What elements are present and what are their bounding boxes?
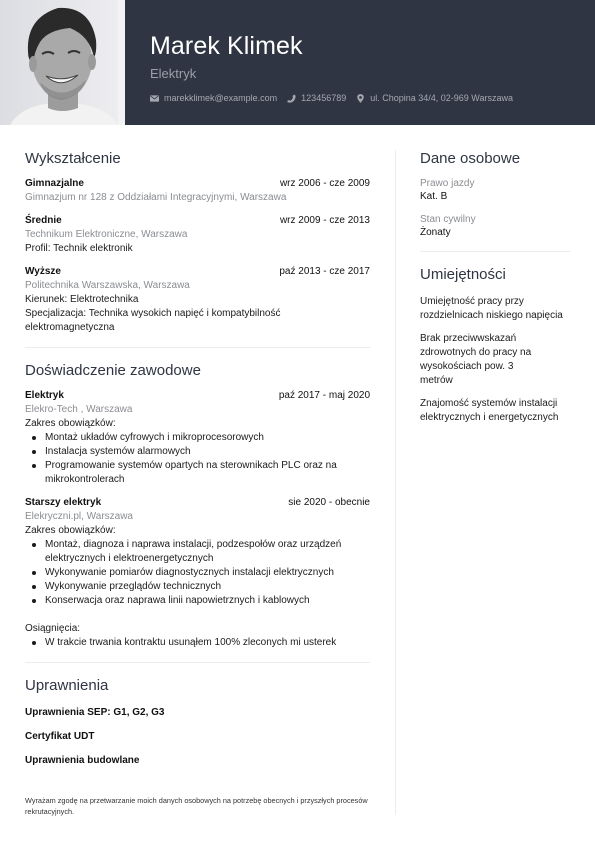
main-column: Wykształcenie Gimnazjalne wrz 2006 - cze… (25, 150, 370, 778)
entry-date: wrz 2009 - cze 2013 (280, 214, 370, 228)
contact-address: ul. Chopina 34/4, 02-969 Warszawa (356, 93, 513, 103)
skill-item: Brak przeciwwskazań zdrowotnych do pracy… (420, 332, 545, 388)
contact-phone-text: 123456789 (301, 93, 346, 103)
duties-list: Montaż, diagnoza i naprawa instalacji, p… (25, 538, 370, 608)
section-divider (25, 347, 370, 348)
education-section: Wykształcenie Gimnazjalne wrz 2006 - cze… (25, 150, 370, 335)
contact-email[interactable]: marekklimek@example.com (150, 93, 277, 103)
section-title-education: Wykształcenie (25, 150, 370, 168)
section-title-experience: Doświadczenie zawodowe (25, 362, 370, 380)
duty-item: Instalacja systemów alarmowych (45, 445, 370, 459)
entry-date: wrz 2006 - cze 2009 (280, 177, 370, 191)
experience-entry: Starszy elektryk sie 2020 - obecnie Elek… (25, 496, 370, 650)
duty-item: Wykonywanie pomiarów diagnostycznych ins… (45, 566, 370, 580)
duty-item: Wykonywanie przeglądów technicznych (45, 580, 370, 594)
candidate-job-title: Elektryk (150, 66, 196, 81)
profile-photo (0, 0, 125, 125)
entry-detail: Specjalizacja: Technika wysokich napięć … (25, 307, 287, 335)
entry-title: Gimnazjalne (25, 177, 84, 191)
entry-title: Średnie (25, 214, 62, 228)
contact-phone[interactable]: 123456789 (287, 93, 346, 103)
education-entry: Średnie wrz 2009 - cze 2013 Technikum El… (25, 214, 370, 256)
duties-label: Zakres obowiązków: (25, 524, 370, 538)
duty-item: Konserwacja oraz naprawa linii napowietr… (45, 594, 370, 608)
field-value: Żonaty (420, 226, 570, 239)
entry-school: Politechnika Warszawska, Warszawa (25, 279, 370, 293)
gdpr-consent: Wyrażam zgodę na przetwarzanie moich dan… (25, 795, 370, 817)
section-title-skills: Umiejętności (420, 266, 570, 284)
section-title-personal: Dane osobowe (420, 150, 570, 168)
education-entry: Gimnazjalne wrz 2006 - cze 2009 Gimnazju… (25, 177, 370, 205)
skills-section: Umiejętności Umiejętność pracy przy rozd… (420, 266, 570, 425)
personal-field-marital-status: Stan cywilny Żonaty (420, 213, 570, 239)
education-entry: Wyższe paź 2013 - cze 2017 Politechnika … (25, 265, 370, 335)
personal-section: Dane osobowe Prawo jazdy Kat. B Stan cyw… (420, 150, 570, 239)
section-divider (420, 251, 570, 252)
entry-school: Technikum Elektroniczne, Warszawa (25, 228, 370, 242)
field-label: Prawo jazdy (420, 177, 570, 190)
entry-date: paź 2017 - maj 2020 (279, 389, 370, 403)
contact-email-text: marekklimek@example.com (164, 93, 277, 103)
duty-item: Programowanie systemów opartych na stero… (45, 459, 345, 487)
phone-icon (287, 94, 296, 103)
map-pin-icon (356, 94, 365, 103)
side-column: Dane osobowe Prawo jazdy Kat. B Stan cyw… (420, 150, 570, 434)
field-value: Kat. B (420, 190, 570, 203)
entry-detail: Profil: Technik elektronik (25, 242, 370, 256)
section-divider (25, 662, 370, 663)
certification-item: Uprawnienia SEP: G1, G2, G3 (25, 706, 370, 720)
entry-company: Elekro-Tech , Warszawa (25, 403, 370, 417)
personal-field-driving-license: Prawo jazdy Kat. B (420, 177, 570, 203)
entry-company: Elekryczni.pl, Warszawa (25, 510, 370, 524)
entry-detail: Kierunek: Elektrotechnika (25, 293, 370, 307)
duties-list: Montaż układów cyfrowych i mikroprocesor… (25, 431, 370, 487)
duty-item: Montaż, diagnoza i naprawa instalacji, p… (45, 538, 345, 566)
certification-item: Uprawnienia budowlane (25, 754, 370, 768)
section-title-certifications: Uprawnienia (25, 677, 370, 695)
entry-school: Gimnazjum nr 128 z Oddziałami Integracyj… (25, 191, 370, 205)
duties-label: Zakres obowiązków: (25, 417, 370, 431)
achievement-item: W trakcie trwania kontraktu usunąłem 100… (45, 636, 370, 650)
achievements-label: Osiągnięcia: (25, 622, 370, 636)
skill-item: Znajomość systemów instalacji elektryczn… (420, 397, 570, 425)
field-label: Stan cywilny (420, 213, 570, 226)
contact-address-text: ul. Chopina 34/4, 02-969 Warszawa (370, 93, 513, 103)
column-separator (395, 150, 396, 815)
cv-header: Marek Klimek Elektryk marekklimek@exampl… (0, 0, 595, 125)
candidate-name: Marek Klimek (150, 32, 303, 61)
experience-section: Doświadczenie zawodowe Elektryk paź 2017… (25, 362, 370, 650)
entry-date: sie 2020 - obecnie (288, 496, 370, 510)
certifications-section: Uprawnienia Uprawnienia SEP: G1, G2, G3 … (25, 677, 370, 768)
experience-entry: Elektryk paź 2017 - maj 2020 Elekro-Tech… (25, 389, 370, 487)
profile-photo-image (0, 0, 125, 125)
achievements-list: W trakcie trwania kontraktu usunąłem 100… (25, 636, 370, 650)
entry-title: Elektryk (25, 389, 64, 403)
entry-title: Starszy elektryk (25, 496, 101, 510)
entry-title: Wyższe (25, 265, 61, 279)
entry-date: paź 2013 - cze 2017 (279, 265, 370, 279)
envelope-icon (150, 94, 159, 103)
certification-item: Certyfikat UDT (25, 730, 370, 744)
skill-item: Umiejętność pracy przy rozdzielnicach ni… (420, 295, 570, 323)
duty-item: Montaż układów cyfrowych i mikroprocesor… (45, 431, 370, 445)
contact-info: marekklimek@example.com 123456789 ul. Ch… (150, 93, 523, 103)
